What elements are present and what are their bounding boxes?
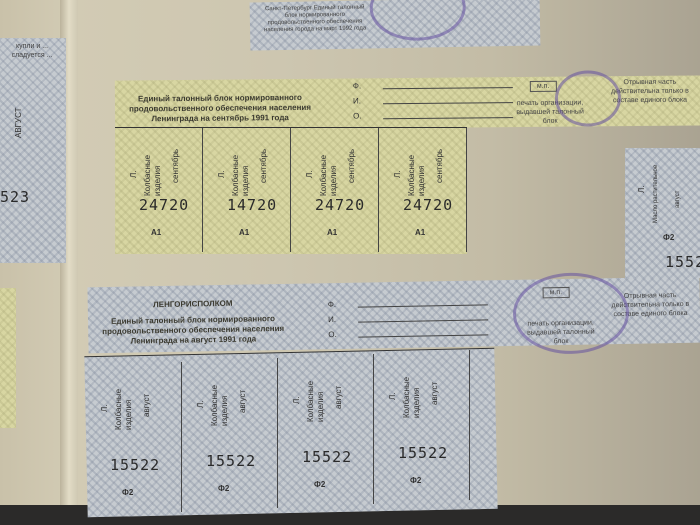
- coupon-month: сентябрь: [347, 149, 356, 183]
- august-fio: Ф. И. О.: [328, 294, 489, 342]
- coupon: Л.Колбасные изделиясентябрь14720А1: [203, 128, 291, 252]
- coupon-code: А1: [415, 228, 425, 237]
- coupon-number: 15522: [206, 452, 256, 470]
- right-code: Ф2: [663, 233, 674, 242]
- left-yellow-fragment: [0, 288, 16, 428]
- coupon-prefix: Л.: [129, 171, 138, 178]
- coupon-number: 24720: [403, 196, 453, 214]
- coupon-code: Ф2: [410, 476, 421, 485]
- august-title: Единый талонный блок нормированного прод…: [88, 314, 298, 348]
- coupon: Л.Колбасные изделиясентябрь24720А1: [379, 128, 467, 252]
- coupon-product: Колбасные изделия: [306, 362, 326, 422]
- coupon-code: Ф2: [314, 480, 325, 489]
- coupon-number: 15522: [398, 444, 448, 462]
- coupon-prefix: Л.: [100, 405, 109, 412]
- coupon-product: Колбасные изделия: [114, 370, 134, 430]
- coupon: Л.Колбасные изделиясентябрь24720А1: [291, 128, 379, 252]
- left-fragment-text: купли и ... сладуется ...: [2, 42, 62, 60]
- coupon-code: А1: [239, 228, 249, 237]
- coupon-prefix: Л.: [305, 171, 314, 178]
- right-coupon-fragment: Л. Масло растительное август Ф2 1552: [625, 148, 700, 278]
- coupon-prefix: Л.: [217, 171, 226, 178]
- coupon: Л.Колбасные изделиясентябрь24720А1: [115, 128, 203, 252]
- stamp: [512, 272, 629, 355]
- coupon-number: 15522: [110, 456, 160, 474]
- stamp: [555, 70, 621, 127]
- right-product: Масло растительное: [653, 165, 659, 223]
- coupon: Л.Колбасные изделияавгуст15522Ф2: [278, 354, 374, 504]
- coupon-number: 14720: [227, 196, 277, 214]
- coupon: Л.Колбасные изделияавгуст15522Ф2: [374, 350, 470, 500]
- left-coupon-fragment: купли и ... сладуется ... АВГУСТ 523: [0, 38, 66, 263]
- top-fragment-text: Санкт-Петербург Единый талонный блок нор…: [260, 4, 370, 34]
- coupon: Л.Колбасные изделияавгуст15522Ф2: [86, 362, 182, 512]
- coupon-month: август: [430, 382, 439, 405]
- coupon-month: сентябрь: [171, 149, 180, 183]
- coupon-month: август: [142, 394, 151, 417]
- september-fio: Ф. И. О.: [353, 77, 513, 123]
- stamp: [369, 0, 466, 41]
- coupon-prefix: Л.: [196, 401, 205, 408]
- coupon-product: Колбасные изделия: [231, 136, 251, 196]
- right-month: август: [675, 191, 681, 208]
- coupon-prefix: Л.: [388, 393, 397, 400]
- coupon-product: Колбасные изделия: [210, 366, 230, 426]
- coupon-month: сентябрь: [435, 149, 444, 183]
- coupon-code: А1: [327, 228, 337, 237]
- coupon-code: А1: [151, 228, 161, 237]
- left-month: АВГУСТ: [14, 108, 23, 138]
- coupon-product: Колбасные изделия: [143, 136, 163, 196]
- coupon-month: август: [238, 390, 247, 413]
- left-number: 523: [0, 188, 30, 206]
- august-coupon-block: ЛЕНГОРИСПОЛКОМ Единый талонный блок норм…: [87, 277, 700, 354]
- coupon-code: Ф2: [218, 484, 229, 493]
- coupon-number: 15522: [302, 448, 352, 466]
- coupon-month: август: [334, 386, 343, 409]
- coupon: Л.Колбасные изделияавгуст15522Ф2: [182, 358, 278, 508]
- september-coupon-block: Единый талонный блок нормированного прод…: [115, 75, 700, 130]
- coupon-prefix: Л.: [292, 397, 301, 404]
- coupon-number: 24720: [315, 196, 365, 214]
- coupon-code: Ф2: [122, 488, 133, 497]
- stamp-box: м.п.: [530, 81, 557, 92]
- coupon-product: Колбасные изделия: [319, 136, 339, 196]
- right-number: 1552: [665, 253, 700, 271]
- coupon-prefix: Л.: [393, 171, 402, 178]
- august-org: ЛЕНГОРИСПОЛКОМ: [138, 299, 248, 311]
- coupon-number: 24720: [139, 196, 189, 214]
- right-prefix: Л.: [637, 186, 646, 193]
- coupon-month: сентябрь: [259, 149, 268, 183]
- september-title: Единый талонный блок нормированного прод…: [120, 93, 320, 125]
- coupon-product: Колбасные изделия: [402, 358, 422, 418]
- coupon-product: Колбасные изделия: [407, 136, 427, 196]
- top-coupon-fragment: Санкт-Петербург Единый талонный блок нор…: [250, 0, 541, 51]
